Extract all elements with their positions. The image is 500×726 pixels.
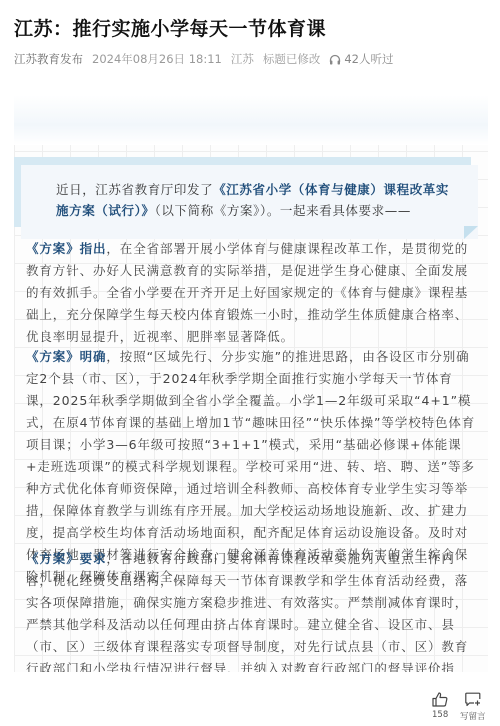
write-comment-label: 写留言 (460, 710, 486, 722)
intro-suffix: （以下简称《方案》）。一起来看具体要求—— (155, 203, 411, 218)
article-meta: 江苏教育发布 2024年08月26日 18:11 江苏 标题已修改 42人听过 (14, 51, 411, 67)
publish-datetime: 2024年08月26日 18:11 (92, 51, 222, 67)
intro-prefix: 近日，江苏省教育厅印发了 (56, 182, 213, 197)
write-comment-button[interactable]: 写留言 (460, 692, 486, 722)
title-edited-label: 标题已修改 (263, 51, 321, 67)
intro-box: 近日，江苏省教育厅印发了《江苏省小学（体育与健康）课程改革实施方案（试行）》（以… (21, 165, 478, 239)
paragraph-1: 《方案》指出，在全省部署开展小学体育与健康课程改革工作，是贯彻党的教育方针、办好… (26, 238, 478, 348)
decorative-banner (14, 95, 488, 145)
account-name-link[interactable]: 江苏教育发布 (14, 51, 83, 67)
paragraph-text: ，在全省部署开展小学体育与健康课程改革工作，是贯彻党的教育方针、办好人民满意教育… (26, 241, 468, 344)
paragraph-lead: 《方案》明确 (26, 349, 106, 364)
article-body: 近日，江苏省教育厅印发了《江苏省小学（体育与健康）课程改革实施方案（试行）》（以… (14, 95, 488, 672)
listen-count: 42人听过 (344, 51, 393, 67)
thumbs-up-icon (432, 692, 448, 707)
paragraph-lead: 《方案》要求 (26, 551, 106, 566)
like-button[interactable]: 158 (432, 692, 448, 720)
paragraph-lead: 《方案》指出 (26, 241, 106, 256)
comment-add-icon (465, 692, 481, 707)
listen-button[interactable]: 42人听过 (329, 51, 402, 67)
publish-location: 江苏 (231, 51, 254, 67)
like-count: 158 (432, 710, 448, 720)
article-title: 江苏：推行实施小学每天一节体育课 (14, 14, 326, 41)
headphones-icon (329, 54, 341, 65)
article-footer: 158 写留言 (0, 672, 500, 726)
